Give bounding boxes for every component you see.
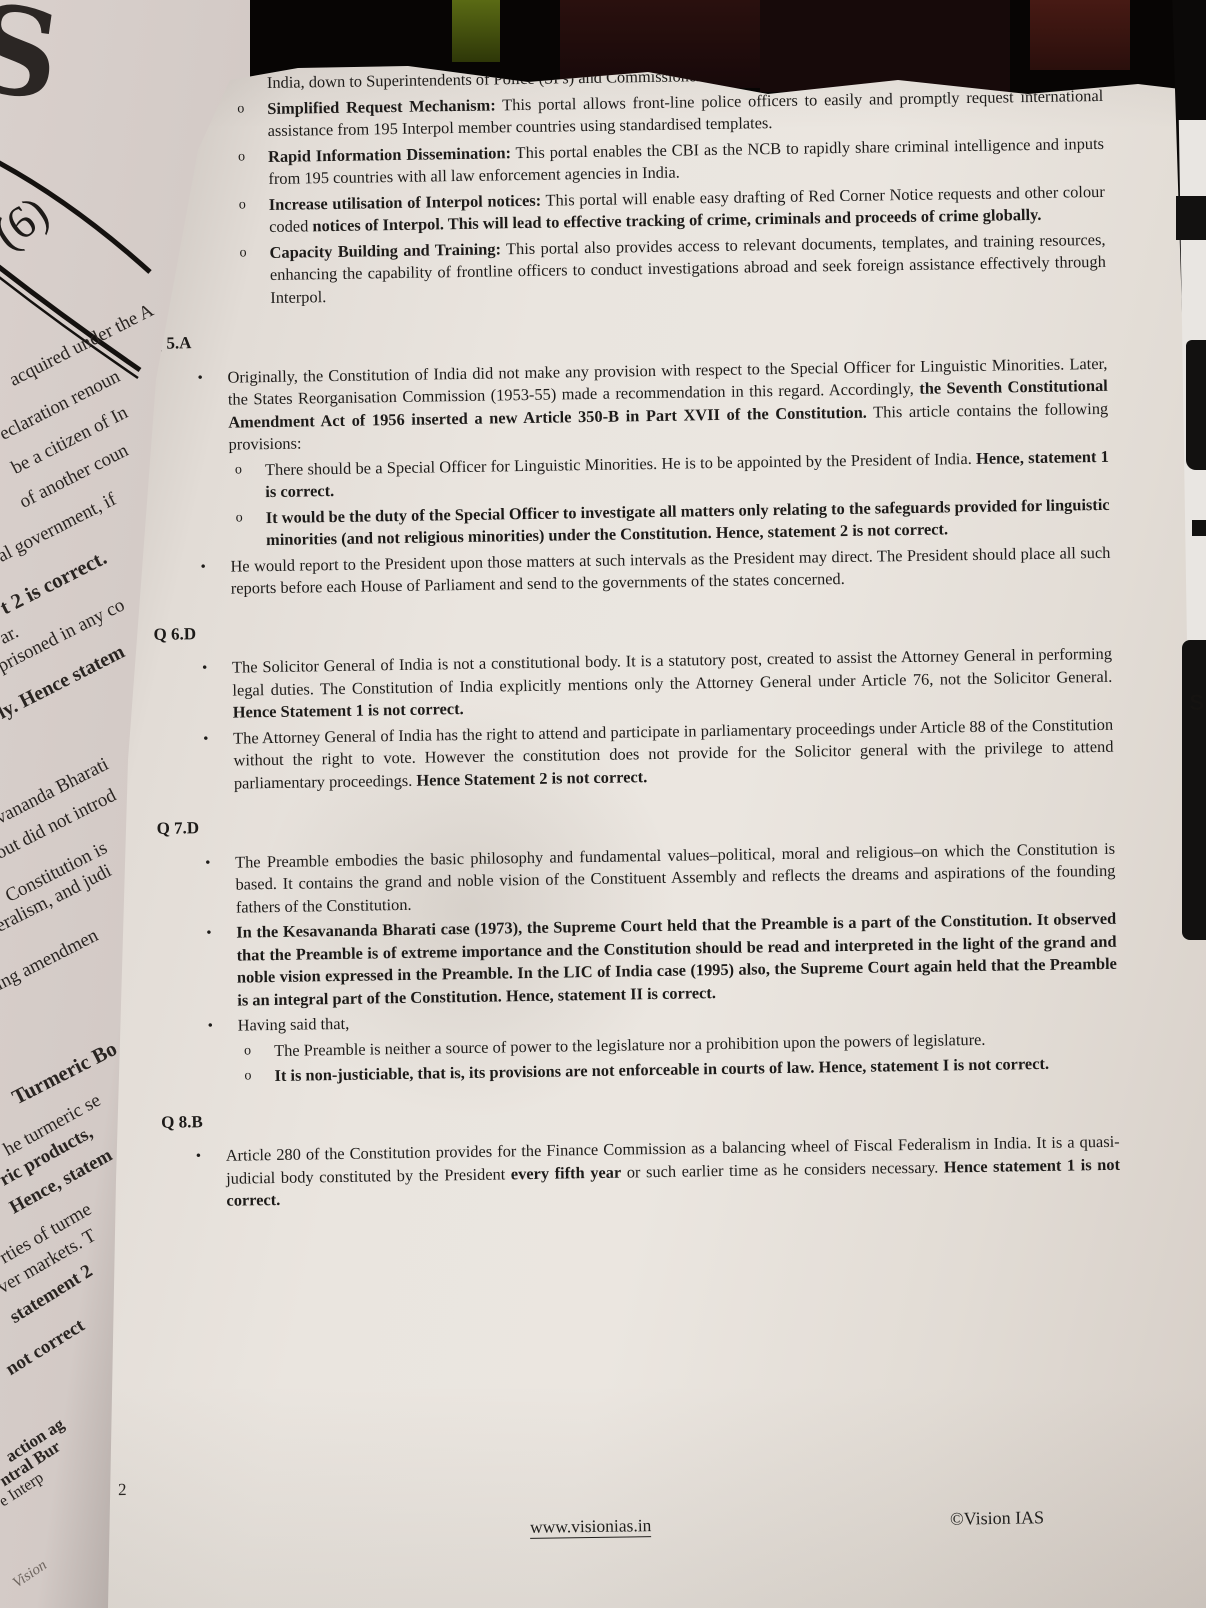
bullet-marker: • bbox=[200, 555, 231, 600]
bullet-marker: • bbox=[206, 922, 237, 1012]
bullet-marker: o bbox=[236, 507, 267, 552]
answer-text: The Preamble embodies the basic philosop… bbox=[235, 837, 1116, 918]
answer-key-content: •There are five key features:oUnified Pl… bbox=[140, 11, 1121, 1235]
answer-text: He would report to the President upon th… bbox=[230, 541, 1111, 600]
background-object-green bbox=[452, 0, 500, 62]
question-label: Q 8.B bbox=[161, 1096, 1119, 1134]
photo-of-book-page: { "document": { "page_number": "2", "foo… bbox=[0, 0, 1206, 1608]
bullet-marker: o bbox=[244, 1065, 274, 1088]
question-label: Q 6.D bbox=[153, 608, 1111, 646]
stack-glyph-fragment bbox=[1186, 340, 1206, 470]
qa-section: Q 5.A•Originally, the Constitution of In… bbox=[145, 318, 1111, 602]
bullet-marker: • bbox=[202, 657, 233, 725]
answer-bullet: •The Preamble embodies the basic philoso… bbox=[205, 837, 1116, 919]
left-page-text-fragment: Turmeric Bo bbox=[8, 1036, 121, 1110]
bullet-marker: o bbox=[235, 459, 266, 504]
left-page-text-fragment: Vision bbox=[10, 1557, 50, 1592]
background-object-red bbox=[1030, 0, 1130, 70]
answer-bullet: •The Solicitor General of India is not a… bbox=[202, 643, 1113, 725]
background-object-dark bbox=[760, 0, 1010, 92]
bullet-marker: o bbox=[237, 98, 268, 143]
bullet-marker: • bbox=[203, 727, 234, 795]
bullet-marker: • bbox=[197, 366, 228, 456]
bullet-marker: o bbox=[238, 146, 269, 191]
page-number: 2 bbox=[118, 1480, 127, 1500]
answer-bullet: •In the Kesavananda Bharati case (1973),… bbox=[206, 908, 1117, 1012]
answer-text: Article 280 of the Constitution provides… bbox=[226, 1131, 1121, 1213]
bullet-marker: • bbox=[196, 1145, 227, 1213]
answer-text: In the Kesavananda Bharati case (1973), … bbox=[236, 908, 1117, 1012]
bullet-marker: o bbox=[244, 1040, 274, 1063]
bullet-marker: o bbox=[239, 241, 270, 309]
qa-section: Q 6.D•The Solicitor General of India is … bbox=[149, 608, 1114, 796]
stack-glyph-fragment bbox=[1182, 640, 1206, 940]
question-label: Q 5.A bbox=[149, 318, 1107, 356]
bullet-marker: • bbox=[205, 851, 236, 919]
left-page-logo-letter: S bbox=[0, 0, 68, 128]
bullet-marker: o bbox=[239, 193, 270, 238]
question-label: Q 7.D bbox=[156, 803, 1114, 841]
answer-text: Capacity Building and Training: This por… bbox=[269, 228, 1106, 309]
answer-bullet: •Originally, the Constitution of India d… bbox=[197, 352, 1108, 456]
qa-section: Q 8.B•Article 280 of the Constitution pr… bbox=[157, 1096, 1120, 1213]
answer-text: The Attorney General of India has the ri… bbox=[233, 713, 1114, 794]
answer-bullet: •Article 280 of the Constitution provide… bbox=[196, 1131, 1121, 1213]
footer-copyright: ©Vision IAS bbox=[950, 1507, 1044, 1530]
answer-sub-bullet: oCapacity Building and Training: This po… bbox=[239, 228, 1106, 309]
answer-text: The Solicitor General of India is not a … bbox=[232, 643, 1113, 724]
right-page-stack-edge: S bbox=[1154, 0, 1206, 880]
qa-section: Q 7.D•The Preamble embodies the basic ph… bbox=[152, 803, 1118, 1090]
answer-text: Originally, the Constitution of India di… bbox=[227, 352, 1108, 456]
left-page-text-fragment: ing amendmen bbox=[0, 925, 102, 996]
document-page: •There are five key features:oUnified Pl… bbox=[108, 0, 1206, 1608]
footer-website-link: www.visionias.in bbox=[530, 1515, 652, 1539]
answer-bullet: •The Attorney General of India has the r… bbox=[203, 713, 1114, 795]
stack-letter-s: S bbox=[1189, 690, 1204, 716]
bullet-marker: • bbox=[208, 1015, 238, 1038]
stack-glyph-fragment bbox=[1192, 520, 1206, 536]
stack-glyph-fragment bbox=[1176, 196, 1206, 240]
